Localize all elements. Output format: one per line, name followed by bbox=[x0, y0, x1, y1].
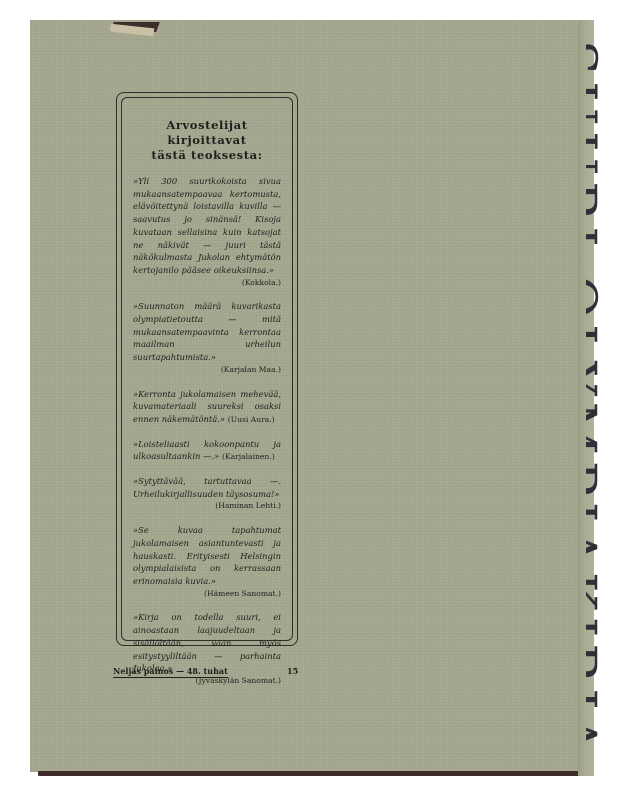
review-source: (Hämeen Sanomat.) bbox=[133, 588, 281, 601]
review-source: (Karjalan Maa.) bbox=[133, 364, 281, 377]
spine-title: SUURI OLYMPIAKIRJA bbox=[586, 40, 618, 760]
review-source: (Kokkola.) bbox=[133, 277, 281, 290]
review-source: (Haminan Lehti.) bbox=[133, 500, 281, 513]
spine-title-text: SUURI OLYMPIAKIRJA bbox=[586, 40, 606, 760]
heading-line-1: Arvostelijat kirjoittavat bbox=[133, 118, 281, 148]
review-quote: »Sytyttävää, tartuttavaa —. Urheilukirja… bbox=[133, 475, 281, 513]
review-quote: »Suunnaton määrä kuvarikasta olympiatiet… bbox=[133, 300, 281, 376]
review-quote: »Kerronta jukolamaisen mehevää, kuvamate… bbox=[133, 388, 281, 427]
review-quote: »Yli 300 suurikokoista sivua mukaansatem… bbox=[133, 175, 281, 289]
review-quote: »Loisteliaasti kokoonpantu ja ulkoasulta… bbox=[133, 438, 281, 464]
review-source: (Karjalainen.) bbox=[222, 452, 275, 461]
cover-bottom-edge bbox=[38, 771, 593, 776]
page-number: 15 bbox=[287, 666, 298, 676]
review-quote: »Se kuvaa tapahtumat jukolamaisen asiant… bbox=[133, 524, 281, 600]
heading-line-2: tästä teoksesta: bbox=[133, 148, 281, 163]
edition-note: Neljäs painos — 48. tuhat bbox=[113, 666, 228, 678]
review-source: (Uusi Aura.) bbox=[228, 415, 275, 424]
review-box: Arvostelijat kirjoittavat tästä teoksest… bbox=[133, 118, 281, 699]
review-heading: Arvostelijat kirjoittavat tästä teoksest… bbox=[133, 118, 281, 163]
book-back-cover bbox=[30, 20, 580, 772]
